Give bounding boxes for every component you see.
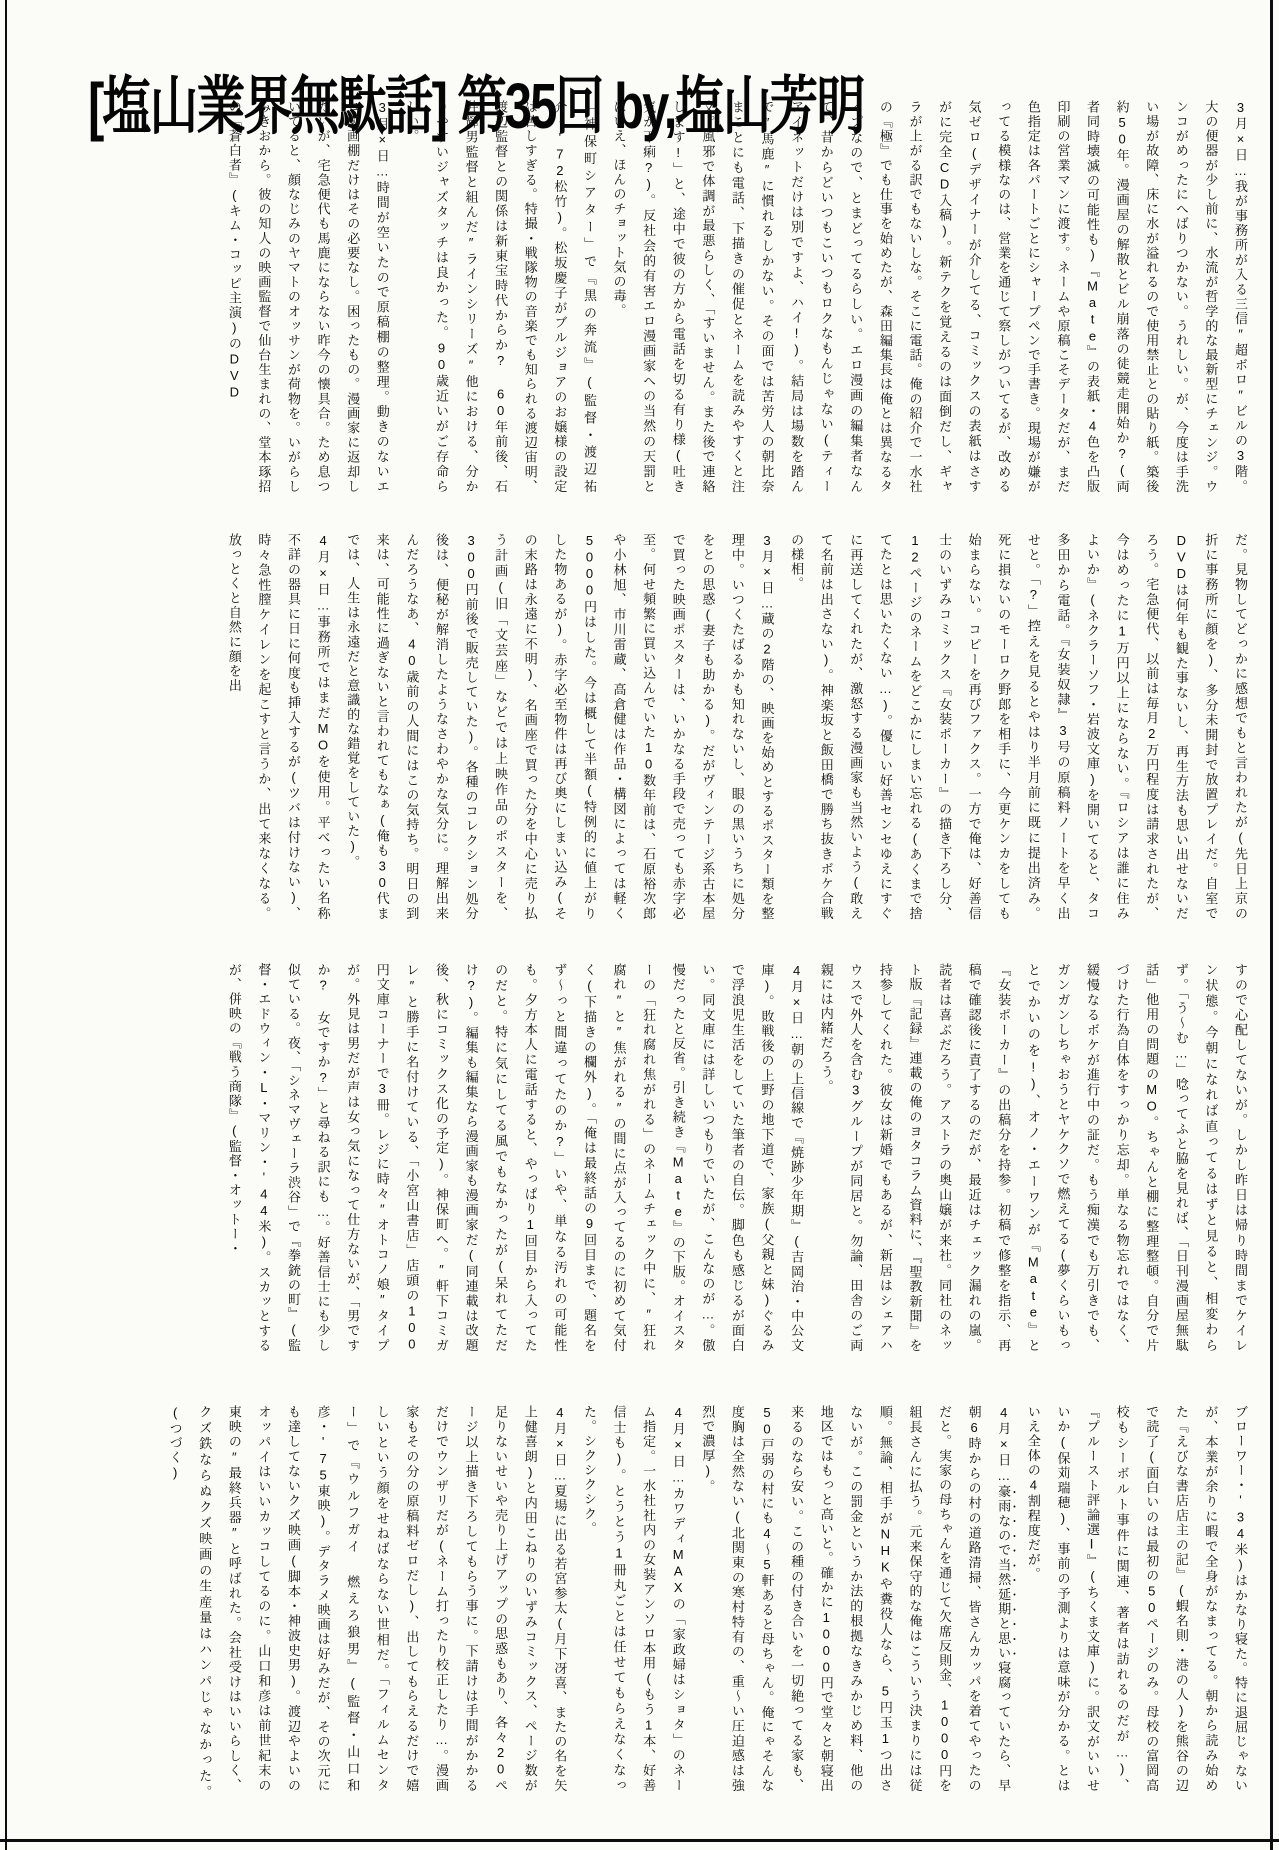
page-border-bottom [0, 1839, 1279, 1842]
text-run: 寝腐っていたら、早朝6時からの村の道路清掃、皆さんカッパを着てやったのだと。実家… [700, 1405, 1011, 1793]
paragraph: 4月×日…豪雨なので当然延期と思い寝腐っていたら、早朝6時からの村の道路清掃、皆… [693, 1405, 1019, 1793]
paragraph: すので心配してないが。しかし昨日は帰り時間までケイレン状態。今朝になれば直ってる… [811, 963, 1255, 1353]
text-run: すので心配してないが。しかし昨日は帰り時間までケイレン状態。今朝になれば直ってる… [819, 963, 1248, 1353]
page-border-left [5, 0, 7, 1850]
emphasized-text: 豪雨なので当然延期と思い [996, 1484, 1011, 1661]
text-band-4: ブローワー・'34米)はかなり寝た。特に退屈じゃないが、本業が余りに暇で全身がな… [70, 1405, 1255, 1793]
text-band-1: 3月×日…我が事務所が入る三信″超ボロ″ビルの3階。大の便器が少し前に、水流が哲… [70, 100, 1255, 494]
text-run: 「神保町シアター」で『黒の奔流』(監督・渡辺祐介・'72松竹)。松坂慶子がブルジ… [404, 100, 597, 494]
paragraph: 3月×日…蔵の2階の、映画を始めとするポスター類を整理中。いつくたばるかも知れな… [338, 533, 782, 921]
text-run: 4月×日… [996, 1405, 1011, 1484]
paragraph: 4月×日…カワディMAXの「家政婦はショタ」のネーム指定。一水社社内の女装アンソ… [574, 1405, 692, 1793]
page-border-right [1270, 0, 1273, 1850]
text-run: 4月×日…事務所ではまだMOを使用。平べったい名称不詳の器具に日に何度も挿入する… [227, 533, 331, 921]
paragraph: 4月×日…事務所ではまだMOを使用。平べったい名称不詳の器具に日に何度も挿入する… [219, 533, 337, 921]
paragraph: ブローワー・'34米)はかなり寝た。特に退屈じゃないが、本業が余りに暇で全身がな… [1018, 1405, 1255, 1793]
text-band-3: すので心配してないが。しかし昨日は帰り時間までケイレン状態。今朝になれば直ってる… [70, 963, 1255, 1353]
text-run: 3月×日…我が事務所が入る三信″超ボロ″ビルの3階。大の便器が少し前に、水流が哲… [612, 100, 1248, 494]
paragraph: 4月×日…朝の上信線で『焼跡少年期』(吉岡治・中公文庫)。敗戦後の上野の地下道で… [219, 963, 811, 1353]
text-run: 4月×日…夏場に出る若宮参太(月下冴喜、またの名を矢上健喜朗)と内田こねりのいず… [168, 1405, 568, 1793]
paragraph: だ。見物してどっかに感想でもと言われたが(先日上京の折に事務所に顔を)、多分未開… [782, 533, 1256, 921]
text-run: 3月×日…蔵の2階の、映画を始めとするポスター類を整理中。いつくたばるかも知れな… [345, 533, 774, 921]
paragraph: 4月×日…夏場に出る若宮参太(月下冴喜、またの名を矢上健喜朗)と内田こねりのいず… [160, 1405, 574, 1793]
text-run: 4月×日…カワディMAXの「家政婦はショタ」のネーム指定。一水社社内の女装アンソ… [582, 1405, 686, 1793]
paragraph: 「神保町シアター」で『黒の奔流』(監督・渡辺祐介・'72松竹)。松坂慶子がブルジ… [397, 100, 604, 494]
text-band-2: だ。見物してどっかに感想でもと言われたが(先日上京の折に事務所に顔を)、多分未開… [70, 533, 1255, 921]
text-run: 4月×日…朝の上信線で『焼跡少年期』(吉岡治・中公文庫)。敗戦後の上野の地下道で… [227, 963, 804, 1353]
paragraph: 3月×日…我が事務所が入る三信″超ボロ″ビルの3階。大の便器が少し前に、水流が哲… [604, 100, 1255, 494]
magazine-page: [塩山業界無駄話] 第35回 by,塩山芳明 3月×日…我が事務所が入る三信″超… [0, 0, 1279, 1850]
text-run: 3月×日…時間が空いたので原稿棚の整理。動きのないエロ劇画棚だけはその必要なし。… [227, 100, 390, 494]
paragraph: 3月×日…時間が空いたので原稿棚の整理。動きのないエロ劇画棚だけはその必要なし。… [219, 100, 397, 494]
text-run: ブローワー・'34米)はかなり寝た。特に退屈じゃないが、本業が余りに暇で全身がな… [1026, 1405, 1248, 1793]
text-run: だ。見物してどっかに感想でもと言われたが(先日上京の折に事務所に顔を)、多分未開… [789, 533, 1248, 921]
